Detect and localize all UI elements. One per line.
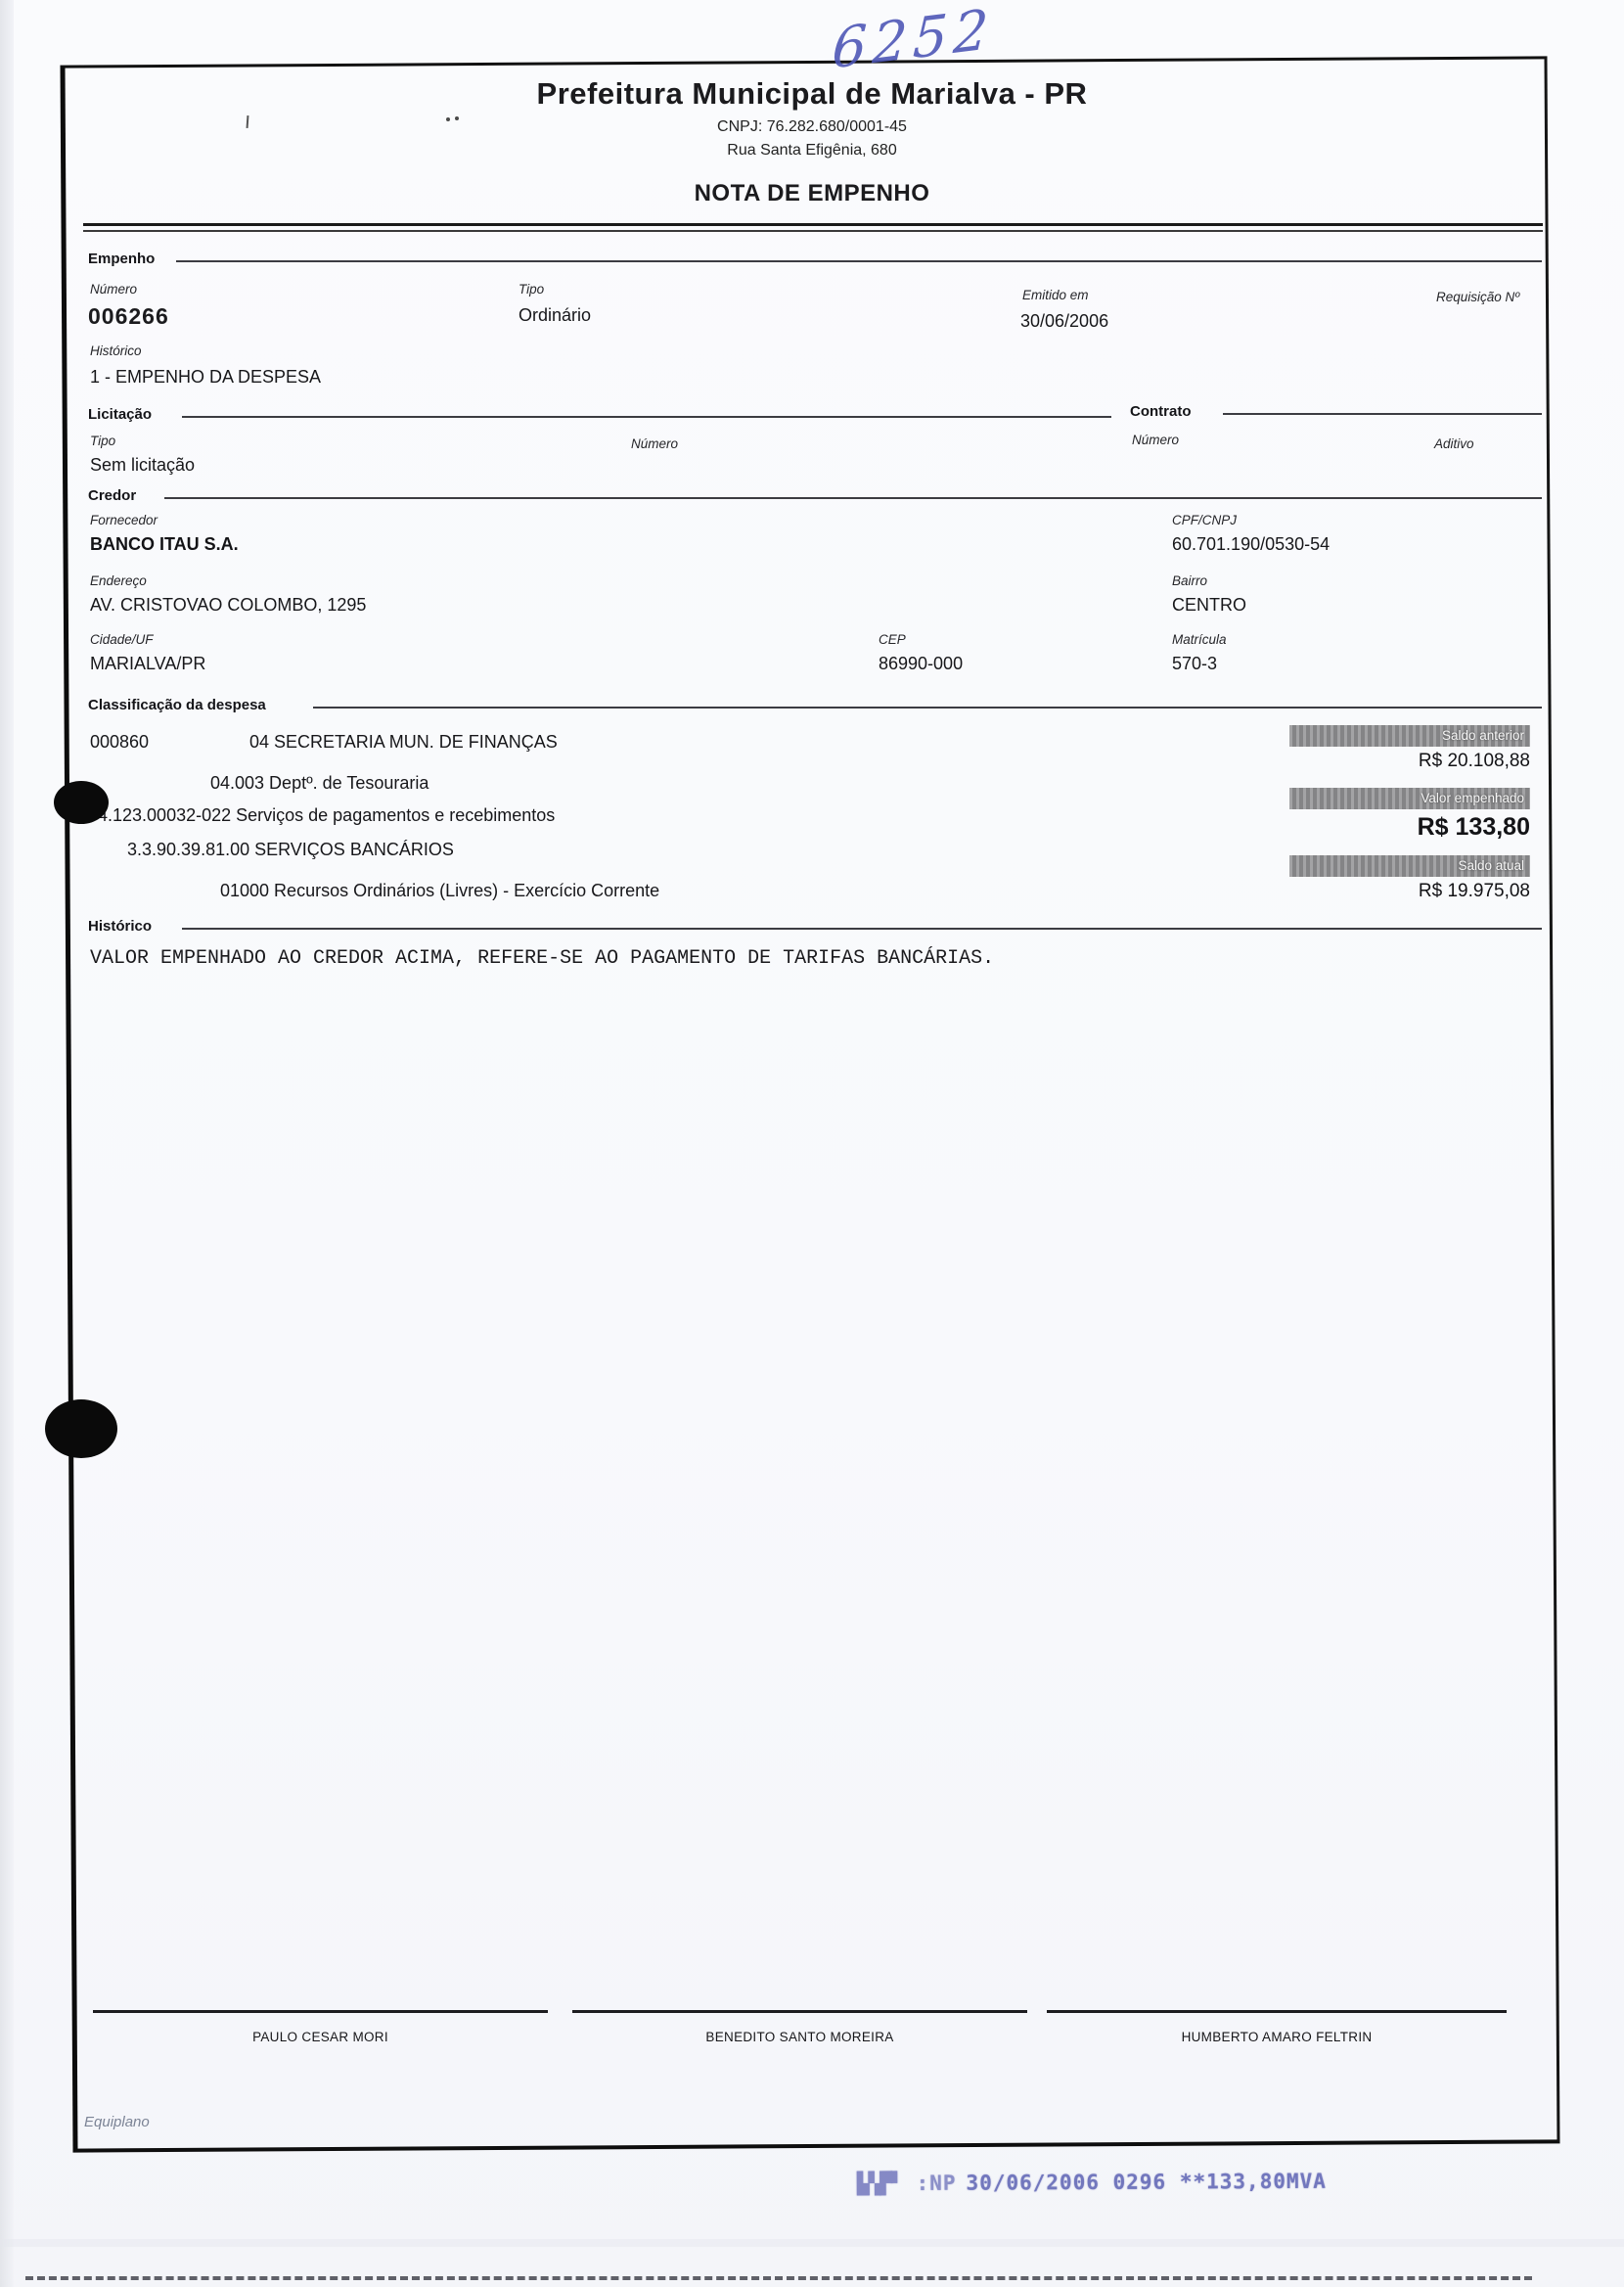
fornecedor-nome: BANCO ITAU S.A. (90, 534, 239, 555)
licitacao-tipo-label: Tipo (90, 434, 115, 448)
scanner-edge-shadow (0, 0, 14, 2287)
header-rule (83, 230, 1543, 232)
section-rule (164, 497, 1542, 499)
licitacao-tipo: Sem licitação (90, 455, 195, 476)
saldo-anterior-bar: Saldo anterior (1289, 725, 1530, 747)
bairro: CENTRO (1172, 595, 1246, 616)
section-empenho: Empenho (88, 251, 155, 267)
section-credor: Credor (88, 487, 136, 504)
header-rule (83, 223, 1543, 226)
contrato-numero-label: Número (1132, 433, 1179, 447)
cpf-cnpj: 60.701.190/0530-54 (1172, 534, 1330, 555)
org-address: Rua Santa Efigênia, 680 (78, 142, 1546, 160)
stamp-illegible-blocks: ▙▚▛▘ (857, 2172, 903, 2195)
signature-line (572, 2010, 1027, 2013)
saldo-atual-valor: R$ 19.975,08 (1100, 881, 1530, 902)
stamp-code: :NP (917, 2172, 957, 2195)
historico-label: Histórico (90, 343, 142, 358)
tipo-label: Tipo (519, 282, 544, 297)
bank-validation-stamp: ▙▚▛▘:NP30/06/2006 0296 **133,80MVA (857, 2170, 1327, 2196)
signature-line (93, 2010, 548, 2013)
empenho-tipo: Ordinário (519, 305, 591, 326)
valor-empenhado-bar: Valor empenhado (1289, 788, 1530, 809)
scan-edge-artifact (25, 2276, 1532, 2280)
cpf-cnpj-label: CPF/CNPJ (1172, 513, 1237, 527)
org-title: Prefeitura Municipal de Marialva - PR (78, 76, 1546, 112)
vendor-mark: Equiplano (84, 2114, 150, 2130)
section-licitacao: Licitação (88, 406, 152, 423)
punch-hole (54, 781, 109, 824)
scanned-document: 6252 Prefeitura Municipal de Marialva - … (0, 0, 1624, 2287)
valor-empenhado-valor: R$ 133,80 (1100, 813, 1530, 842)
signature-name: HUMBERTO AMARO FELTRIN (1047, 2030, 1507, 2044)
document-title: NOTA DE EMPENHO (78, 180, 1546, 207)
cidade-uf-label: Cidade/UF (90, 632, 154, 647)
punch-hole (45, 1399, 117, 1458)
emitido-em: 30/06/2006 (1020, 311, 1108, 332)
numero-label: Número (90, 282, 137, 297)
signature-line (1047, 2010, 1507, 2013)
emitido-label: Emitido em (1022, 288, 1089, 302)
signature-name: PAULO CESAR MORI (93, 2030, 548, 2044)
historico-texto: VALOR EMPENHADO AO CREDOR ACIMA, REFERE-… (90, 947, 994, 970)
saldo-anterior-valor: R$ 20.108,88 (1100, 751, 1530, 772)
cep: 86990-000 (879, 654, 963, 674)
cidade-uf: MARIALVA/PR (90, 654, 205, 674)
empenho-numero: 006266 (88, 303, 169, 330)
section-rule (313, 707, 1542, 709)
cep-label: CEP (879, 632, 906, 647)
section-classificacao: Classificação da despesa (88, 697, 266, 713)
section-rule (1223, 413, 1542, 415)
matricula-label: Matrícula (1172, 632, 1227, 647)
empenho-historico: 1 - EMPENHO DA DESPESA (90, 367, 321, 388)
section-rule (182, 416, 1111, 418)
section-contrato: Contrato (1130, 403, 1192, 420)
bairro-label: Bairro (1172, 573, 1207, 588)
section-rule (176, 260, 1542, 262)
section-historico: Histórico (88, 918, 152, 935)
signature-name: BENEDITO SANTO MOREIRA (572, 2030, 1027, 2044)
requisicao-label: Requisição Nº (1436, 290, 1519, 304)
endereco: AV. CRISTOVAO COLOMBO, 1295 (90, 595, 366, 616)
endereco-label: Endereço (90, 573, 147, 588)
fornecedor-label: Fornecedor (90, 513, 158, 527)
classificacao-fonte: 01000 Recursos Ordinários (Livres) - Exe… (220, 881, 659, 901)
contrato-aditivo-label: Aditivo (1434, 436, 1474, 451)
org-cnpj: CNPJ: 76.282.680/0001-45 (78, 118, 1546, 136)
saldo-atual-bar: Saldo atual (1289, 855, 1530, 877)
licitacao-numero-label: Número (631, 436, 678, 451)
classificacao-orgao: 04 SECRETARIA MUN. DE FINANÇAS (249, 732, 558, 753)
stamp-text: 30/06/2006 0296 **133,80MVA (966, 2170, 1326, 2195)
classificacao-natureza: 3.3.90.39.81.00 SERVIÇOS BANCÁRIOS (127, 840, 454, 860)
classificacao-codigo: 000860 (90, 732, 149, 753)
section-rule (182, 928, 1542, 930)
classificacao-funcional: 4.123.00032-022 Serviços de pagamentos e… (98, 805, 555, 826)
classificacao-unidade: 04.003 Deptº. de Tesouraria (210, 773, 429, 794)
matricula: 570-3 (1172, 654, 1217, 674)
scan-smudge (0, 2239, 1624, 2247)
